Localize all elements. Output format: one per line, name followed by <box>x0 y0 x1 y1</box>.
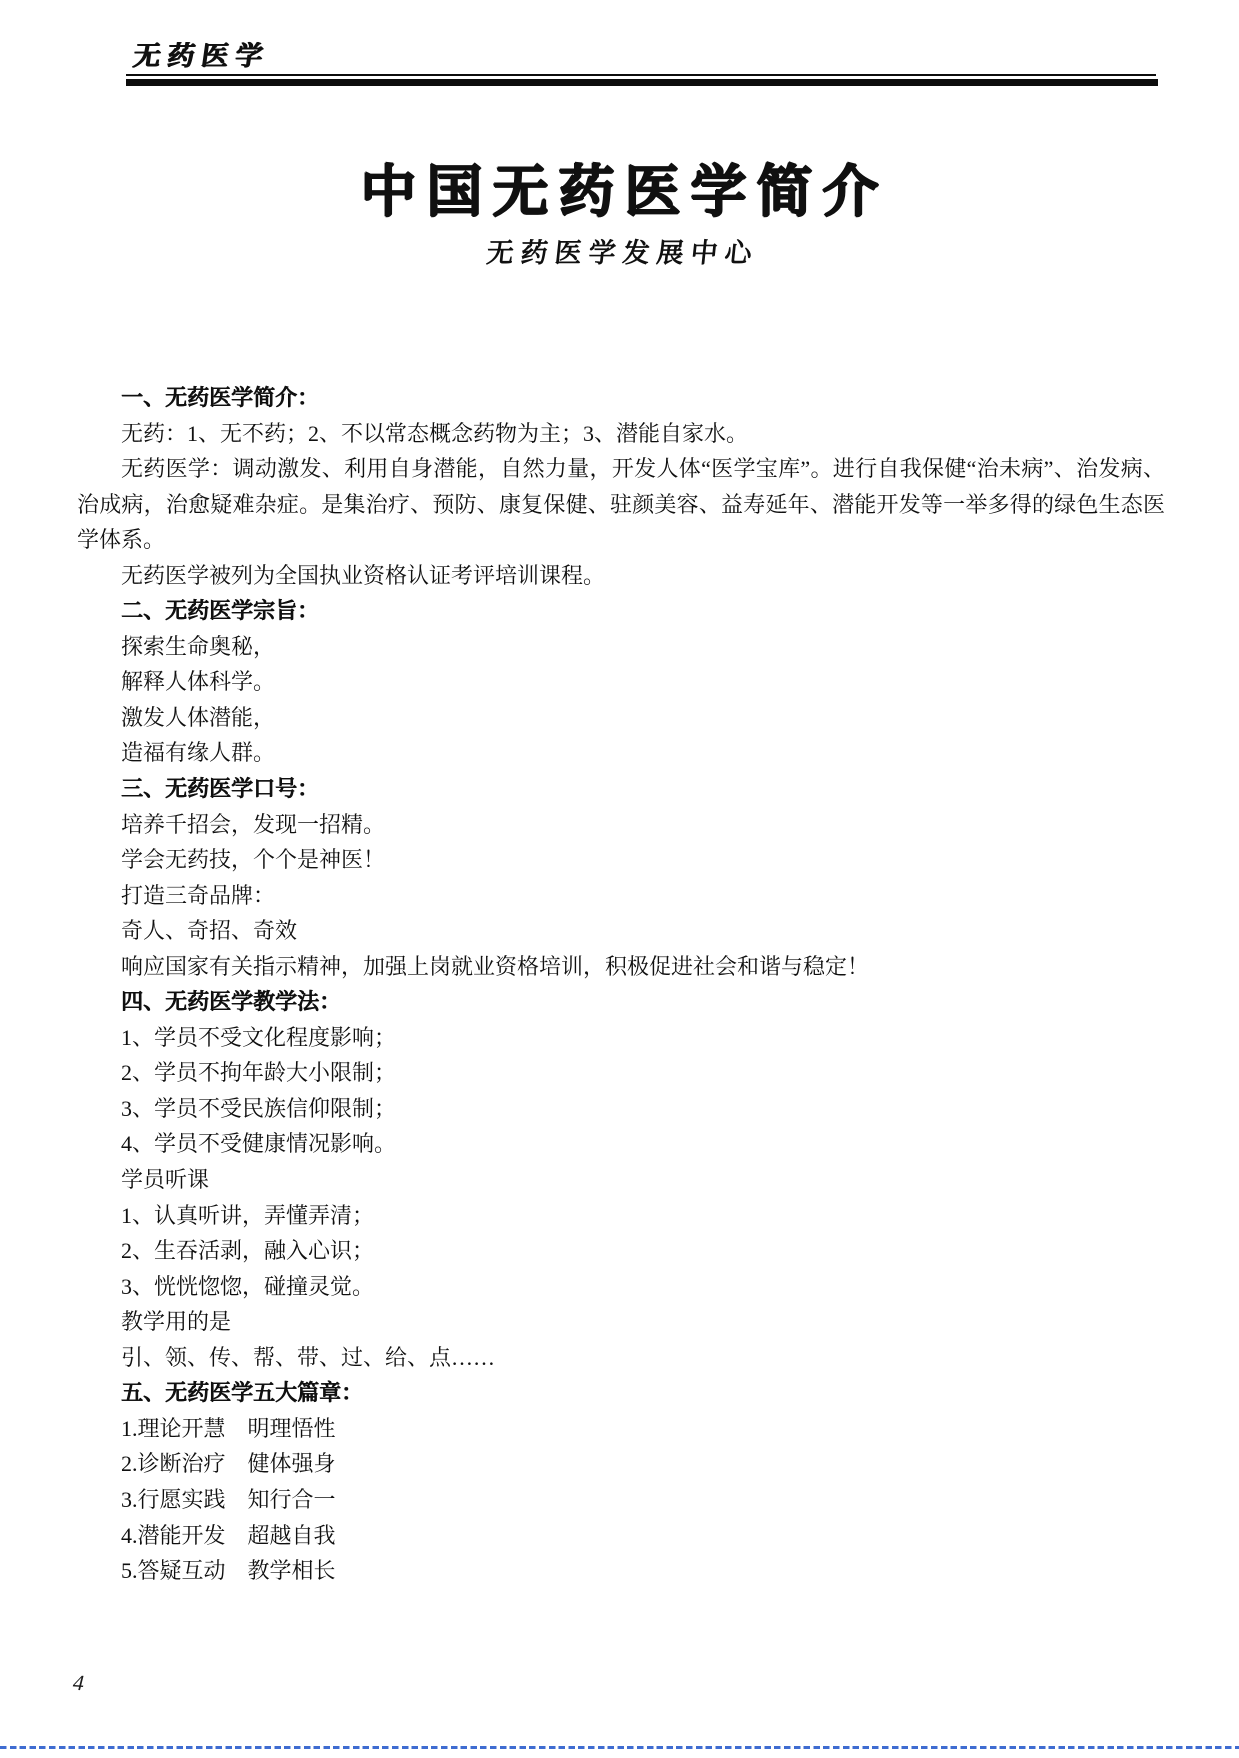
body-line: 造福有缘人群。 <box>77 735 1165 771</box>
body-line: 无药医学：调动激发、利用自身潜能，自然力量，开发人体“医学宝库”。进行自我保健“… <box>77 451 1165 558</box>
body-line: 3、恍恍惚惚，碰撞灵觉。 <box>77 1269 1165 1305</box>
body-line: 打造三奇品牌： <box>77 878 1165 914</box>
body-line: 3、学员不受民族信仰限制； <box>77 1091 1165 1127</box>
body-line: 3.行愿实践 知行合一 <box>77 1482 1165 1518</box>
body-line: 1.理论开慧 明理悟性 <box>77 1411 1165 1447</box>
body-line: 无药医学被列为全国执业资格认证考评培训课程。 <box>77 558 1165 594</box>
section-heading: 一、无药医学简介： <box>77 380 1165 416</box>
body-line: 2.诊断治疗 健体强身 <box>77 1446 1165 1482</box>
body-line: 无药：1、无不药；2、不以常态概念药物为主；3、潜能自家水。 <box>77 416 1165 452</box>
body-line: 奇人、奇招、奇效 <box>77 913 1165 949</box>
header-rule-thin <box>126 74 1156 76</box>
body-line: 学员听课 <box>77 1162 1165 1198</box>
section-heading: 五、无药医学五大篇章： <box>77 1375 1165 1411</box>
body-line: 激发人体潜能， <box>77 700 1165 736</box>
header-brand: 无药医学 <box>131 34 272 73</box>
body-line: 引、领、传、帮、带、过、给、点…… <box>77 1340 1165 1376</box>
section-heading: 四、无药医学教学法： <box>77 984 1165 1020</box>
body-line: 教学用的是 <box>77 1304 1165 1340</box>
body-line: 4、学员不受健康情况影响。 <box>77 1126 1165 1162</box>
body-line: 培养千招会，发现一招精。 <box>77 807 1165 843</box>
body-line: 响应国家有关指示精神，加强上岗就业资格培训，积极促进社会和谐与稳定！ <box>77 949 1165 985</box>
bottom-dashed-line <box>0 1746 1239 1749</box>
body-line: 5.答疑互动 教学相长 <box>77 1553 1165 1589</box>
section-heading: 二、无药医学宗旨： <box>77 593 1165 629</box>
body-line: 2、学员不拘年龄大小限制； <box>77 1055 1165 1091</box>
body-line: 解释人体科学。 <box>77 664 1165 700</box>
document-body: 一、无药医学简介：无药：1、无不药；2、不以常态概念药物为主；3、潜能自家水。无… <box>77 380 1165 1589</box>
page-number: 4 <box>72 1670 85 1697</box>
body-line: 2、生吞活剥，融入心识； <box>77 1233 1165 1269</box>
document-page: 无药医学 中国无药医学简介 无药医学发展中心 一、无药医学简介：无药：1、无不药… <box>0 0 1239 1758</box>
page-title: 中国无药医学简介 <box>0 148 1239 228</box>
section-heading: 三、无药医学口号： <box>77 771 1165 807</box>
body-line: 1、学员不受文化程度影响； <box>77 1020 1165 1056</box>
page-subtitle: 无药医学发展中心 <box>0 231 1239 270</box>
body-line: 4.潜能开发 超越自我 <box>77 1518 1165 1554</box>
body-line: 探索生命奥秘， <box>77 629 1165 665</box>
header-rule-thick <box>126 79 1158 86</box>
body-line: 1、认真听讲，弄懂弄清； <box>77 1198 1165 1234</box>
body-line: 学会无药技，个个是神医！ <box>77 842 1165 878</box>
